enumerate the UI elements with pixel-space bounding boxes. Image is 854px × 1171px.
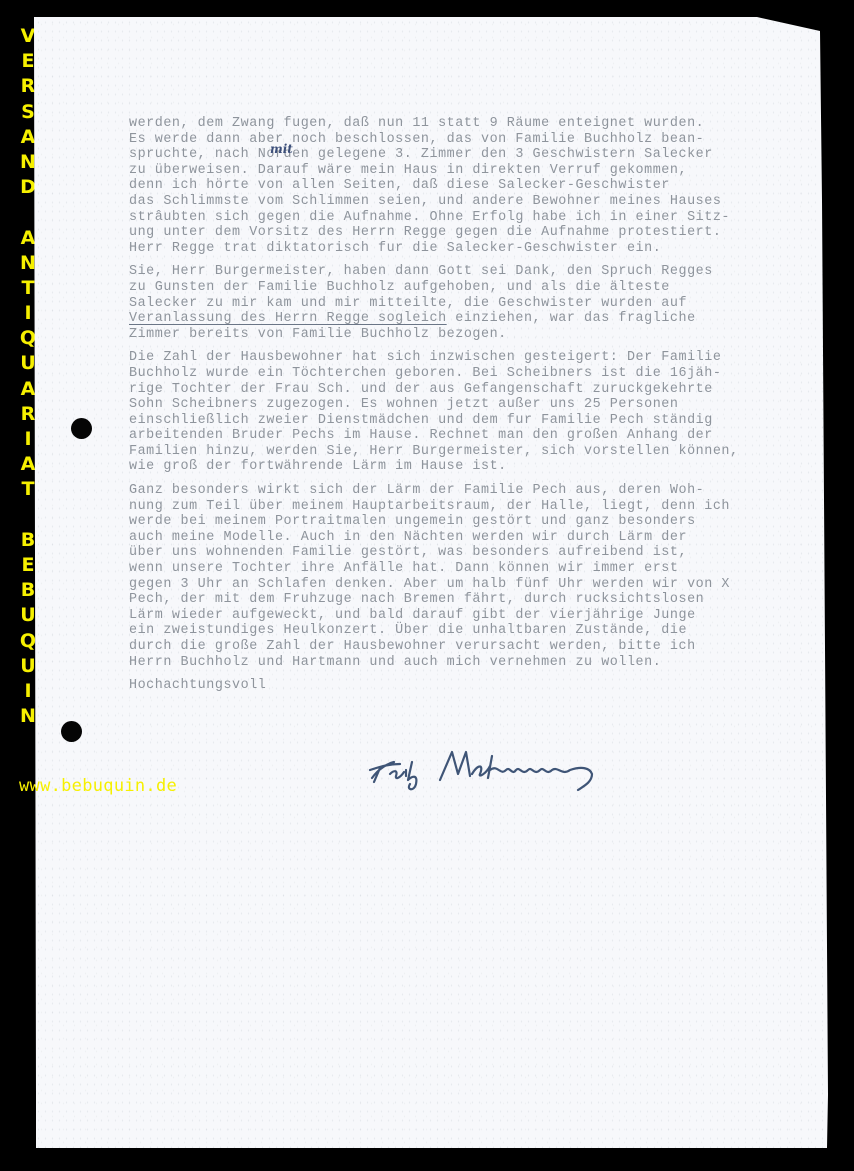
letter-line: gegen 3 Uhr an Schlafen denken. Aber um …: [129, 577, 809, 593]
letter-line: rige Tochter der Frau Sch. und der aus G…: [129, 382, 809, 398]
letter-line: Sie, Herr Burgermeister, haben dann Gott…: [129, 264, 809, 280]
letter-line: arbeitenden Bruder Pechs im Hause. Rechn…: [129, 428, 809, 444]
letter-line: einschließlich zweier Dienstmädchen und …: [129, 413, 809, 429]
letter-line: Herr Regge trat diktatorisch fur die Sal…: [129, 241, 809, 257]
punch-hole-bottom: [61, 721, 82, 742]
letter-line: Buchholz wurde ein Töchterchen geboren. …: [129, 366, 809, 382]
letter-line: Sohn Scheibners zugezogen. Es wohnen jet…: [129, 397, 809, 413]
letter-line: das Schlimmste vom Schlimmen seien, und …: [129, 194, 809, 210]
letter-line: Veranlassung des Herrn Regge sogleich ei…: [129, 311, 809, 327]
letter-line: Pech, der mit dem Fruhzuge nach Bremen f…: [129, 592, 809, 608]
letter-line: werde bei meinem Portraitmalen ungemein …: [129, 514, 809, 530]
banner-letter: B: [18, 578, 38, 603]
letter-line: wie groß der fortwährende Lärm im Hause …: [129, 459, 809, 475]
closing-salutation: Hochachtungsvoll: [129, 678, 809, 694]
letter-line: denn ich hörte von allen Seiten, daß die…: [129, 178, 809, 194]
banner-letter: U: [18, 654, 38, 679]
letter-line: zu überweisen. Darauf wäre mein Haus in …: [129, 163, 809, 179]
letter-line: ung unter dem Vorsitz des Herrn Regge ge…: [129, 225, 809, 241]
letter-line: über uns wohnenden Familie gestört, was …: [129, 545, 809, 561]
banner-letter: I: [18, 679, 38, 704]
banner-letter: U: [18, 603, 38, 628]
letter-line: nung zum Teil über meinem Hauptarbeitsra…: [129, 499, 809, 515]
letter-line: Es werde dann aber noch beschlossen, das…: [129, 132, 809, 148]
signature: [360, 740, 660, 800]
letter-line: Lärm wieder aufgeweckt, und bald darauf …: [129, 608, 809, 624]
letter-line: Familien hinzu, werden Sie, Herr Burgerm…: [129, 444, 809, 460]
handwritten-insert: mit: [270, 142, 293, 156]
letter-line: wenn unsere Tochter ihre Anfälle hat. Da…: [129, 561, 809, 577]
letter-line: zu Gunsten der Familie Buchholz aufgehob…: [129, 280, 809, 296]
letter-line: werden, dem Zwang fugen, daß nun 11 stat…: [129, 116, 809, 132]
letter-line: Zimmer bereits von Familie Buchholz bezo…: [129, 327, 809, 343]
letter-line: strâubten sich gegen die Aufnahme. Ohne …: [129, 210, 809, 226]
letter-line: spruchte, nach Norden gelegene 3. Zimmer…: [129, 147, 809, 163]
letter-line: Herrn Buchholz und Hartmann und auch mic…: [129, 655, 809, 671]
letter-line: auch meine Modelle. Auch in den Nächten …: [129, 530, 809, 546]
letter-body: werden, dem Zwang fugen, daß nun 11 stat…: [129, 116, 809, 694]
banner-letter: Q: [18, 629, 38, 654]
letter-line: Die Zahl der Hausbewohner hat sich inzwi…: [129, 350, 809, 366]
website-link[interactable]: www.bebuquin.de: [19, 776, 177, 796]
punch-hole-top: [71, 418, 92, 439]
banner-letter: N: [18, 704, 38, 729]
letter-line: ein zweistundiges Heulkonzert. Über die …: [129, 623, 809, 639]
letter-line: durch die große Zahl der Hausbewohner ve…: [129, 639, 809, 655]
letter-line: Salecker zu mir kam und mir mitteilte, d…: [129, 296, 809, 312]
letter-line: Ganz besonders wirkt sich der Lärm der F…: [129, 483, 809, 499]
